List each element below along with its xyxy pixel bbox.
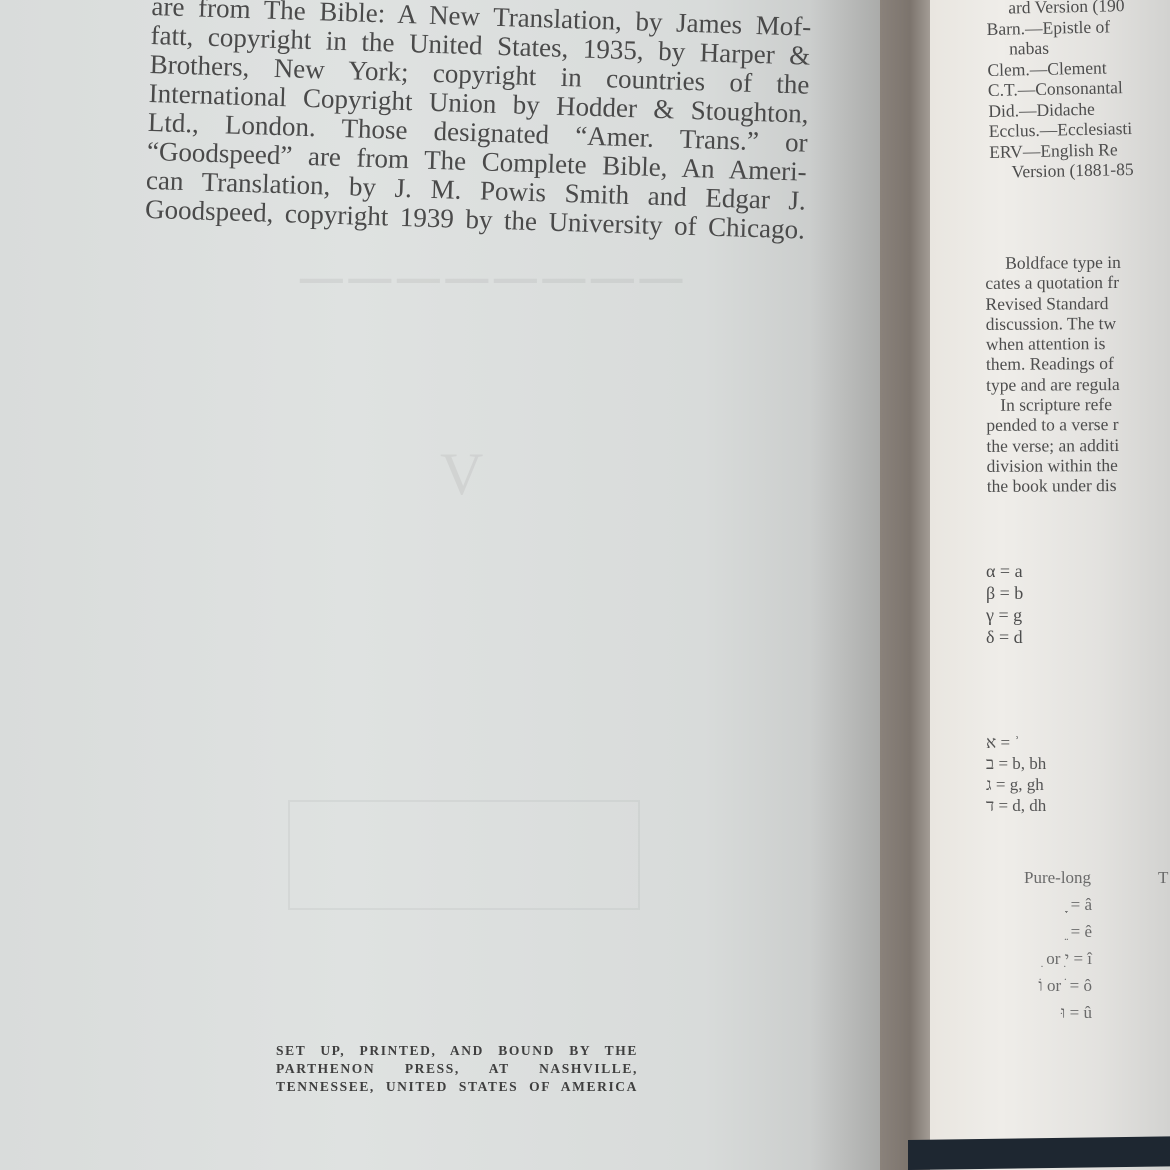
show-through-box [288,800,640,910]
note-line: pended to a verse r [986,413,1170,435]
hebrew-row: א = ʾ [986,732,1046,753]
hebrew-row: ב = b, bh [986,753,1046,774]
vowel-transliteration-table: Pure-long T ָ = â ֵ = ê ִ or ִי = î וֹ o… [1000,864,1092,1026]
greek-row: β = b [986,582,1023,604]
copyright-credits: are from The Bible: A New Translation, b… [145,0,812,245]
hebrew-transliteration-table: א = ʾ ב = b, bh ג = g, gh ד = d, dh [986,732,1046,816]
note-line: the verse; an additi [986,434,1170,456]
vowel-row: ִ or ִי = î [1000,945,1092,972]
imprint-line: SET UP, PRINTED, AND BOUND BY THE [276,1042,638,1060]
vowel-heading-next: T [1158,864,1168,891]
imprint-line: TENNESSEE, UNITED STATES OF AMERICA [276,1078,638,1096]
printer-imprint: SET UP, PRINTED, AND BOUND BY THE PARTHE… [276,1042,638,1096]
vowel-row: וּ = û [1000,999,1092,1026]
greek-row: α = a [986,560,1023,582]
show-through-text: ──────── [300,245,688,314]
note-line: division within the [987,454,1170,476]
greek-transliteration-table: α = a β = b γ = g δ = d [986,560,1023,648]
left-page: ──────── V are from The Bible: A New Tra… [0,0,880,1170]
vowel-heading-pure-long: Pure-long [1000,864,1092,891]
vowel-row: ֵ = ê [1000,918,1092,945]
book-gutter [880,0,930,1170]
note-line: Revised Standard [985,292,1170,314]
hebrew-row: ג = g, gh [986,774,1046,795]
abbreviation-item: Version (1881-85 [989,157,1170,183]
vowel-row: ָ = â [1000,891,1092,918]
note-line: when attention is [986,332,1170,354]
note-line: Boldface type in [985,251,1170,273]
greek-row: γ = g [986,604,1023,626]
dark-surface [908,1136,1170,1170]
note-line: type and are regula [986,373,1170,395]
vowel-row: וֹ or ֹ = ô [1000,972,1092,999]
note-line: In scripture refe [986,393,1170,415]
show-through-numeral: V [440,440,489,509]
note-line: cates a quotation fr [985,271,1170,293]
right-page: ard Version (190 Barn.—Epistle of nabas … [930,0,1170,1170]
note-line: them. Readings of [986,353,1170,375]
note-line: the book under dis [987,474,1170,496]
greek-row: δ = d [986,626,1023,648]
note-line: discussion. The tw [986,312,1170,334]
imprint-line: PARTHENON PRESS, AT NASHVILLE, [276,1060,638,1078]
typography-note: Boldface type in cates a quotation fr Re… [985,251,1170,496]
abbreviations-list: ard Version (190 Barn.—Epistle of nabas … [986,0,1170,182]
hebrew-row: ד = d, dh [986,795,1046,816]
